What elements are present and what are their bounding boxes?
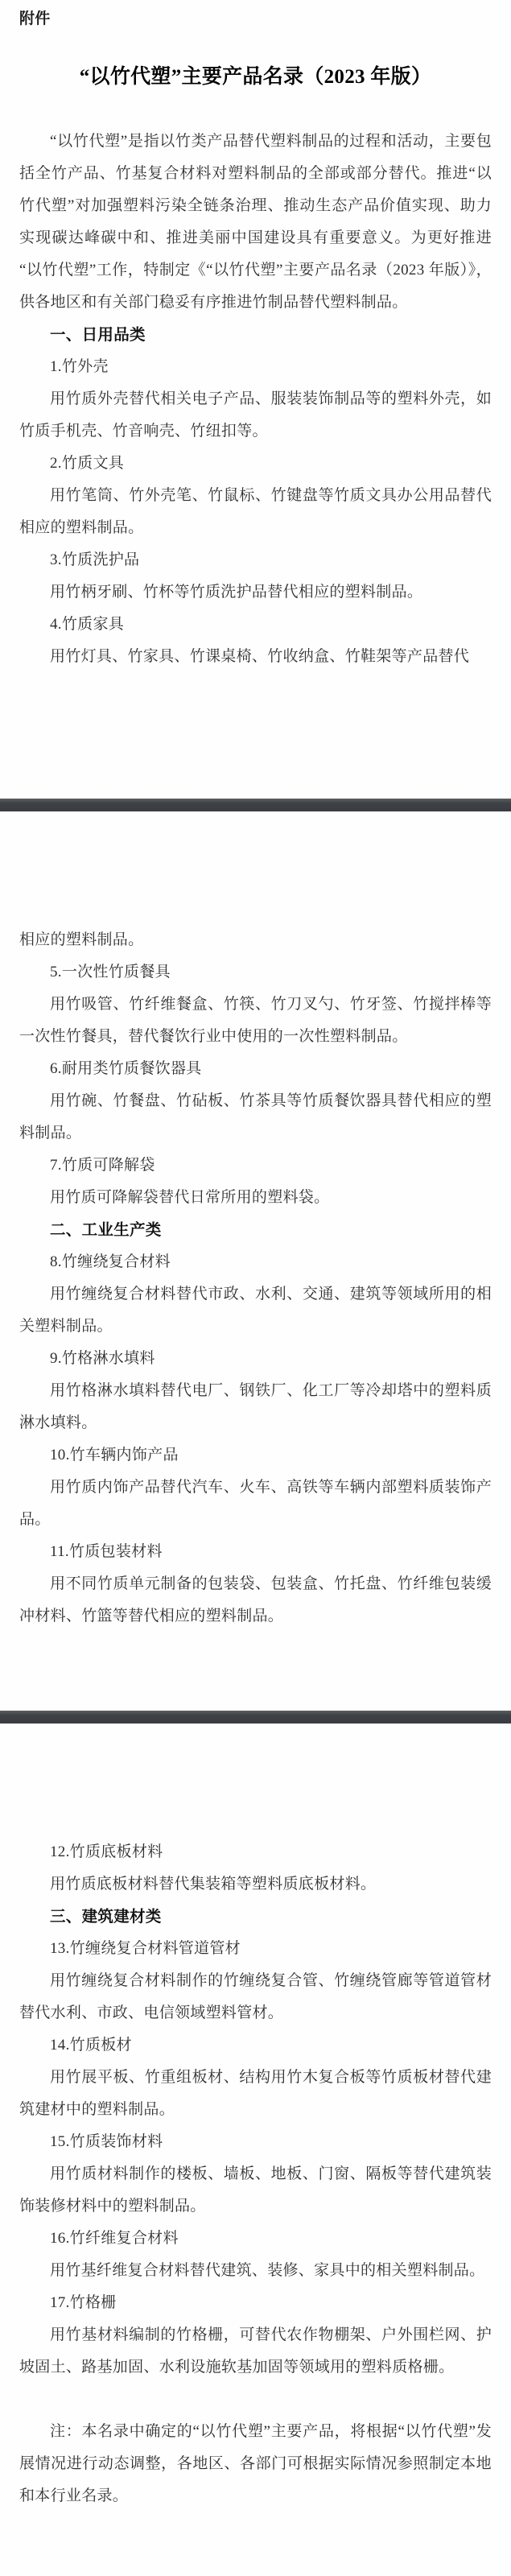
- item-heading: 11.竹质包装材料: [19, 1536, 492, 1568]
- item-heading: 14.竹质板材: [19, 2029, 492, 2062]
- document-page-1: 附件“以竹代塑”主要产品名录（2023 年版）“以竹代塑”是指以竹类产品替代塑料…: [0, 0, 511, 799]
- paragraph: 用竹质材料制作的楼板、墙板、地板、门窗、隔板等替代建筑装饰装修材料中的塑料制品。: [19, 2158, 492, 2223]
- paragraph: 用竹格淋水填料替代电厂、钢铁厂、化工厂等冷却塔中的塑料质淋水填料。: [19, 1375, 492, 1439]
- paragraph: 用竹碗、竹餐盘、竹砧板、竹茶具等竹质餐饮器具替代相应的塑料制品。: [19, 1085, 492, 1150]
- paragraph: 用竹吸管、竹纤维餐盒、竹筷、竹刀叉勺、竹牙签、竹搅拌棒等一次性竹餐具，替代餐饮行…: [19, 989, 492, 1053]
- item-heading: 3.竹质洗护品: [19, 544, 492, 576]
- page-separator: [0, 799, 511, 811]
- paragraph: 用竹缠绕复合材料替代市政、水利、交通、建筑等领域所用的相关塑料制品。: [19, 1278, 492, 1343]
- item-heading: 4.竹质家具: [19, 609, 492, 641]
- paragraph: 注：本名录中确定的“以竹代塑”主要产品，将根据“以竹代塑”发展情况进行动态调整，…: [19, 2416, 492, 2512]
- document-page-2: 相应的塑料制品。5.一次性竹质餐具用竹吸管、竹纤维餐盒、竹筷、竹刀叉勺、竹牙签、…: [0, 811, 511, 1711]
- item-heading: 6.耐用类竹质餐饮器具: [19, 1053, 492, 1085]
- paragraph: 用竹质内饰产品替代汽车、火车、高铁等车辆内部塑料质装饰产品。: [19, 1472, 492, 1536]
- document-page-3: 12.竹质底板材料用竹质底板材料替代集装箱等塑料质底板材料。三、建筑建材类13.…: [0, 1724, 511, 2576]
- paragraph: 用不同竹质单元制备的包装袋、包装盒、竹托盘、竹纤维包装缓冲材料、竹篮等替代相应的…: [19, 1568, 492, 1633]
- paragraph: 用竹灯具、竹家具、竹课桌椅、竹收纳盒、竹鞋架等产品替代: [19, 641, 492, 673]
- item-heading: 12.竹质底板材料: [19, 1836, 492, 1868]
- item-heading: 13.竹缠绕复合材料管道管材: [19, 1933, 492, 1965]
- item-heading: 10.竹车辆内饰产品: [19, 1439, 492, 1472]
- paragraph: 用竹展平板、竹重组板材、结构用竹木复合板等竹质板材替代建筑建材中的塑料制品。: [19, 2062, 492, 2126]
- item-heading: 5.一次性竹质餐具: [19, 956, 492, 989]
- item-heading: 1.竹外壳: [19, 351, 492, 383]
- paragraph: 用竹基材料编制的竹格栅，可替代农作物棚架、户外围栏网、护坡固土、路基加固、水利设…: [19, 2319, 492, 2384]
- paragraph: 相应的塑料制品。: [19, 924, 492, 956]
- page-separator: [0, 1711, 511, 1724]
- item-heading: 17.竹格栅: [19, 2287, 492, 2319]
- item-heading: 2.竹质文具: [19, 448, 492, 480]
- item-heading: 16.竹纤维复合材料: [19, 2223, 492, 2255]
- document-title: “以竹代塑”主要产品名录（2023 年版）: [19, 61, 492, 93]
- paragraph: 用竹柄牙刷、竹杯等竹质洗护品替代相应的塑料制品。: [19, 576, 492, 609]
- paragraph: 用竹质可降解袋替代日常所用的塑料袋。: [19, 1182, 492, 1214]
- paragraph: 用竹缠绕复合材料制作的竹缠绕复合管、竹缠绕管廊等管道管材替代水利、市政、电信领域…: [19, 1965, 492, 2029]
- section-heading: 二、工业生产类: [19, 1214, 492, 1246]
- paragraph: 用竹质底板材料替代集装箱等塑料质底板材料。: [19, 1868, 492, 1901]
- paragraph: 用竹笔筒、竹外壳笔、竹鼠标、竹键盘等竹质文具办公用品替代相应的塑料制品。: [19, 480, 492, 544]
- item-heading: 9.竹格淋水填料: [19, 1343, 492, 1375]
- item-heading: 7.竹质可降解袋: [19, 1150, 492, 1182]
- item-heading: 15.竹质装饰材料: [19, 2126, 492, 2158]
- paragraph: 用竹质外壳替代相关电子产品、服装装饰制品等的塑料外壳，如竹质手机壳、竹音响壳、竹…: [19, 383, 492, 448]
- spacer: [19, 2384, 492, 2416]
- paragraph: 用竹基纤维复合材料替代建筑、装修、家具中的相关塑料制品。: [19, 2255, 492, 2287]
- item-heading: 8.竹缠绕复合材料: [19, 1246, 492, 1278]
- section-heading: 一、日用品类: [19, 319, 492, 351]
- document-viewer: 附件“以竹代塑”主要产品名录（2023 年版）“以竹代塑”是指以竹类产品替代塑料…: [0, 0, 511, 2576]
- section-heading: 三、建筑建材类: [19, 1901, 492, 1933]
- attachment-label: 附件: [19, 5, 492, 34]
- paragraph: “以竹代塑”是指以竹类产品替代塑料制品的过程和活动，主要包括全竹产品、竹基复合材…: [19, 126, 492, 319]
